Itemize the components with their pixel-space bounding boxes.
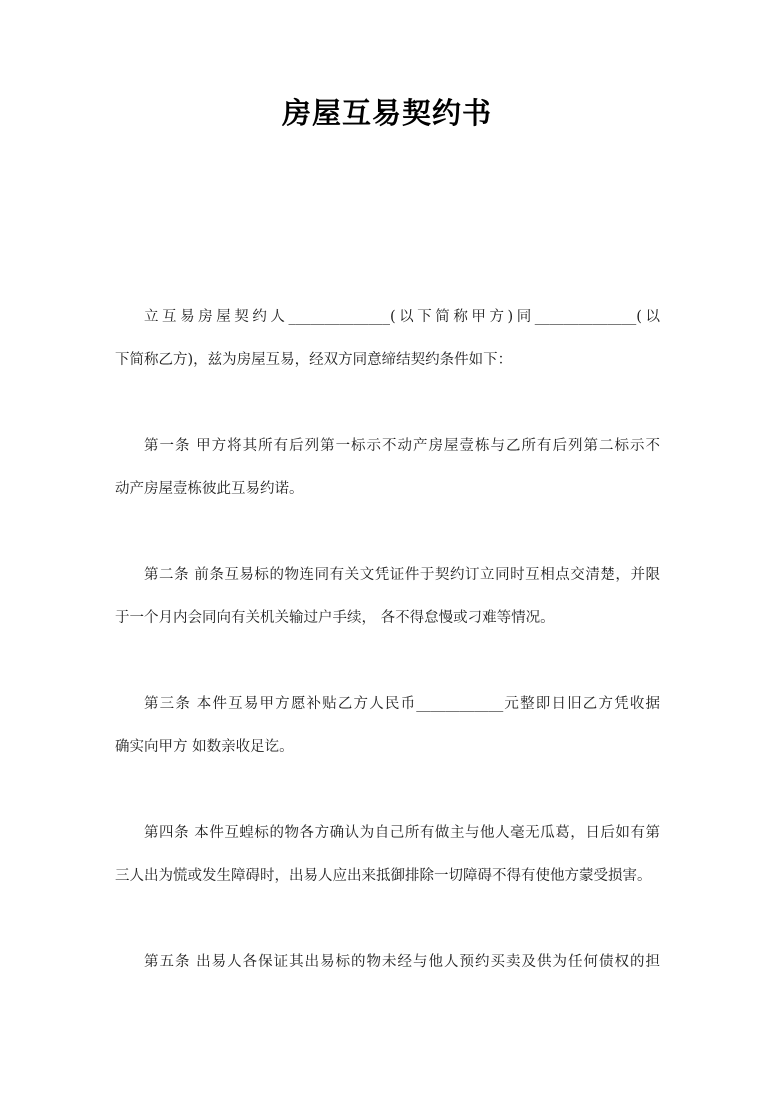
paragraph-article-4: 第四条 本件互蝗标的物各方确认为自己所有做主与他人毫无瓜葛，日后如有第 三人出为…	[115, 812, 660, 898]
text-line: 立互易房屋契约人______________(以下简称甲方)同_________…	[115, 296, 660, 339]
text-line: 动产房屋壹栋彼此互易约诺。	[115, 468, 660, 511]
text-line: 第一条 甲方将其所有后列第一标示不动产房屋壹栋与乙所有后列第二标示不	[115, 425, 660, 468]
document-body: 立互易房屋契约人______________(以下简称甲方)同_________…	[115, 296, 660, 984]
paragraph-article-5: 第五条 出易人各保证其出易标的物未经与他人预约买卖及供为任何债权的担	[115, 941, 660, 984]
text-line: 三人出为慌或发生障碍时，出易人应出来抵御排除一切障碍不得有使他方蒙受损害。	[115, 855, 660, 898]
text-line: 第四条 本件互蝗标的物各方确认为自己所有做主与他人毫无瓜葛，日后如有第	[115, 812, 660, 855]
document-title: 房屋互易契约书	[0, 99, 774, 128]
text-line: 下简称乙方)，兹为房屋互易，经双方同意缔结契约条件如下：	[115, 339, 660, 382]
text-line: 第五条 出易人各保证其出易标的物未经与他人预约买卖及供为任何债权的担	[115, 941, 660, 984]
document-page: 房屋互易契约书 立互易房屋契约人______________(以下简称甲方)同_…	[0, 0, 774, 1095]
paragraph-article-1: 第一条 甲方将其所有后列第一标示不动产房屋壹栋与乙所有后列第二标示不 动产房屋壹…	[115, 425, 660, 511]
text-line: 于一个月内会同向有关机关输过户手续， 各不得怠慢或刁难等情况。	[115, 597, 660, 640]
text-line: 确实向甲方 如数亲收足讫。	[115, 726, 660, 769]
paragraph-preamble: 立互易房屋契约人______________(以下简称甲方)同_________…	[115, 296, 660, 382]
text-line: 第三条 本件互易甲方愿补贴乙方人民币____________元整即日旧乙方凭收据	[115, 683, 660, 726]
paragraph-article-3: 第三条 本件互易甲方愿补贴乙方人民币____________元整即日旧乙方凭收据…	[115, 683, 660, 769]
paragraph-article-2: 第二条 前条互易标的物连同有关文凭证件于契约订立同时互相点交清楚，并限 于一个月…	[115, 554, 660, 640]
text-line: 第二条 前条互易标的物连同有关文凭证件于契约订立同时互相点交清楚，并限	[115, 554, 660, 597]
